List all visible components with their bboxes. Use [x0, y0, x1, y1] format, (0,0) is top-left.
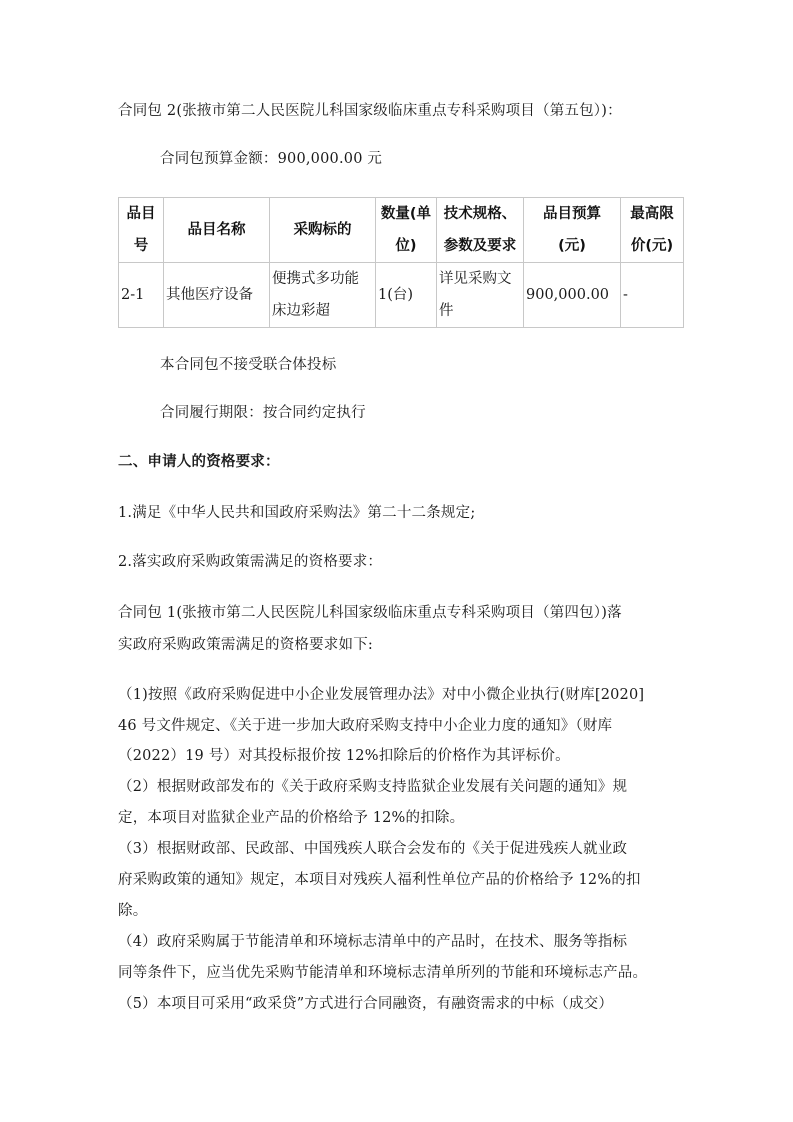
cell-item-no: 2-1: [119, 263, 164, 328]
cell-max-price: -: [621, 263, 684, 328]
cell-spec: 详见采购文件: [437, 263, 524, 328]
policy2-line-2: 定，本项目对监狱企业产品的价格给予 12%的扣除。: [118, 808, 464, 828]
policy2-line-1: （2）根据财政部发布的《关于政府采购支持监狱企业发展有关问题的通知》规: [118, 777, 627, 797]
requirement-2: 2.落实政府采购政策需满足的资格要求：: [118, 552, 382, 572]
policy3-line-2: 府采购政策的通知》规定，本项目对残疾人福利性单位产品的价格给予 12%的扣: [118, 870, 641, 890]
policy1-line-3: （2022）19 号）对其投标报价按 12%扣除后的价格作为其评标价。: [118, 746, 570, 766]
policy1-line-1: （1)按照《政府采购促进中小企业发展管理办法》对中小微企业执行(财库[2020]: [118, 685, 644, 705]
package1-line-2: 实政府采购政策需满足的资格要求如下:: [118, 635, 373, 655]
header-max-price: 最高限价(元): [621, 198, 684, 263]
cell-budget: 900,000.00: [524, 263, 621, 328]
package1-line-1: 合同包 1(张掖市第二人民医院儿科国家级临床重点专科采购项目（第四包）)落: [118, 603, 622, 623]
header-subject: 采购标的: [270, 198, 376, 263]
performance-period: 合同履行期限：按合同约定执行: [160, 403, 366, 423]
package2-heading: 合同包 2(张掖市第二人民医院儿科国家级临床重点专科采购项目（第五包）)：: [118, 101, 622, 121]
no-consortium-note: 本合同包不接受联合体投标: [160, 355, 336, 375]
section2-title: 二、申请人的资格要求：: [118, 452, 280, 472]
policy4-line-1: （4）政府采购属于节能清单和环境标志清单中的产品时，在技术、服务等指标: [118, 932, 627, 952]
policy1-line-2: 46 号文件规定、《关于进一步加大政府采购支持中小企业力度的通知》（财库: [118, 716, 612, 736]
header-quantity: 数量(单位): [376, 198, 437, 263]
header-item-no: 品目号: [119, 198, 164, 263]
cell-subject: 便携式多功能床边彩超: [270, 263, 376, 328]
policy3-line-3: 除。: [118, 901, 147, 921]
policy4-line-2: 同等条件下，应当优先采购节能清单和环境标志清单所列的节能和环境标志产品。: [118, 963, 647, 983]
table-header-row: 品目号 品目名称 采购标的 数量(单位) 技术规格、参数及要求 品目预算(元) …: [119, 198, 684, 263]
header-spec: 技术规格、参数及要求: [437, 198, 524, 263]
policy3-line-1: （3）根据财政部、民政部、中国残疾人联合会发布的《关于促进残疾人就业政: [118, 839, 627, 859]
header-budget: 品目预算(元): [524, 198, 621, 263]
package2-budget: 合同包预算金额：900,000.00 元: [160, 149, 382, 169]
items-table: 品目号 品目名称 采购标的 数量(单位) 技术规格、参数及要求 品目预算(元) …: [118, 197, 684, 328]
cell-quantity: 1(台): [376, 263, 437, 328]
table-row: 2-1 其他医疗设备 便携式多功能床边彩超 1(台) 详见采购文件 900,00…: [119, 263, 684, 328]
requirement-1: 1.满足《中华人民共和国政府采购法》第二十二条规定;: [118, 503, 475, 523]
cell-item-name: 其他医疗设备: [164, 263, 270, 328]
header-item-name: 品目名称: [164, 198, 270, 263]
policy5-line-1: （5）本项目可采用“政采贷”方式进行合同融资，有融资需求的中标（成交）: [118, 994, 613, 1014]
